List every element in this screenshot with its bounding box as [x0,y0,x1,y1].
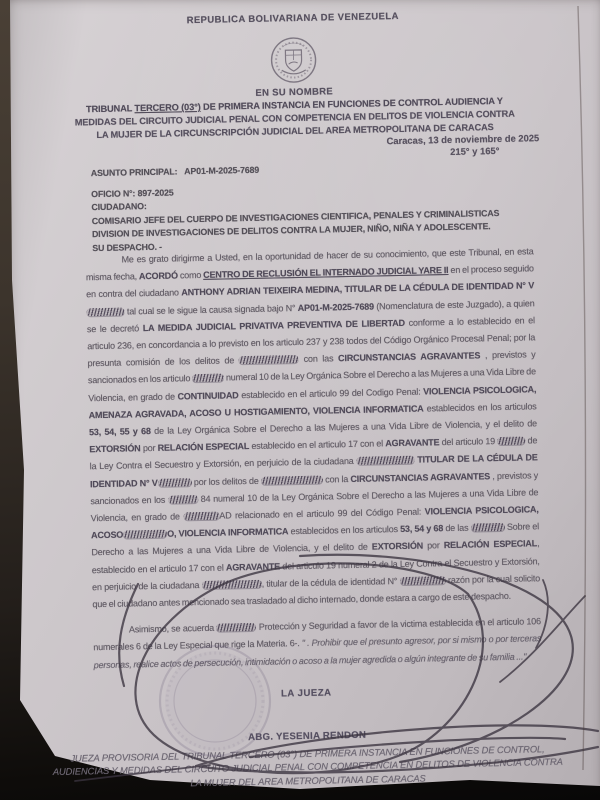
pen-scribble-mark [87,307,125,316]
text-segment: tal cual se le sigue la causa signada ba… [124,303,297,316]
text-segment: por [140,443,157,453]
text-segment: ACORDÓ [139,271,178,282]
text-segment: 53, 54, 55 y 68 [89,426,151,437]
text-segment: establecidos en los articulos [423,401,536,413]
text-segment: por los delitos de [191,475,261,486]
text-segment: CONTINUIDAD [177,390,238,401]
pen-scribble-mark [192,374,224,383]
text-segment: " . Prohibir que el presunto agresor, po… [94,634,542,670]
main-paragraph: Me es grato dirigirme a Usted, en la opo… [85,243,540,613]
text-segment: con las [299,353,338,364]
text-segment: del articulo 19 [439,436,497,447]
text-segment: TERCERO (03°) [134,102,200,113]
text-segment: EXTORSIÓN [372,541,423,552]
text-segment: TRIBUNAL [86,103,135,114]
date-block: Caracas, 13 de noviembre de 2025 215° y … [386,132,539,159]
text-segment: de la Ley Orgánica Sobre el Derecho a la… [151,418,537,436]
pen-scribble-mark [183,512,219,521]
text-segment: de las [443,523,471,534]
republic-title: REPUBLICA BOLIVARIANA DE VENEZUELA [0,7,593,30]
pen-scribble-mark [356,456,414,465]
protection-paragraph: Asimismo, se acuerda Protección y Seguri… [93,613,542,674]
pen-scribble-mark [123,530,167,539]
pen-scribble-mark [202,580,262,589]
text-segment: LA MEDIDA JUDICIAL PRIVATIVA PREVENTIVA … [143,318,405,333]
text-segment: establecido en el articulo 99 del Codigo… [238,386,423,400]
pen-scribble-mark [471,523,505,532]
text-segment: AGRAVANTE [385,437,439,448]
text-segment: CIRCUNSTANCIAS AGRAVANTES [338,351,480,364]
pen-scribble-mark [400,576,446,585]
text-segment: AP01-M-2025-7689 [298,301,374,313]
pen-scribble-mark [168,495,198,504]
asunto-label: ASUNTO PRINCIPAL: [91,166,178,178]
page-content: REPUBLICA BOLIVARIANA DE VENEZUELA EN SU… [0,0,600,800]
judge-title: JUEZA PROVISORIA DEL TRIBUNAL TERCERO (0… [47,742,568,793]
text-segment: como [178,270,204,281]
text-segment: Asimismo, se acuerda [129,623,217,635]
text-segment: establecido en el articulo 17 con el [249,439,385,452]
pen-scribble-mark [216,623,256,632]
text-segment: CIRCUNSTANCIAS AGRAVANTES [350,471,490,484]
text-segment: ANTHONY ADRIAN TEIXEIRA MEDINA, TITULAR … [181,281,534,298]
text-segment: CENTRO DE RECLUSIÓN EL INTERNADO JUDICIA… [203,265,448,280]
text-segment: establecidos en los articulos [288,524,400,536]
photo-background: { "colors": { "paper": "#cdc8cb", "ink":… [0,0,600,800]
text-segment: AD relacionado en el articulo 99 del Cód… [219,507,425,521]
text-segment: , titular de la cédula de identidad N° [262,576,400,589]
text-segment: 53, 54 y 68 [400,523,443,534]
la-jueza-label: LA JUEZA [6,682,600,705]
pen-scribble-mark [497,437,525,446]
text-segment: O, VIOLENCIA INFORMATICA [167,527,288,539]
text-segment: con la [323,474,351,485]
pen-scribble-mark [157,478,191,487]
asunto-value: AP01-M-2025-7689 [184,165,259,177]
pen-scribble-mark [239,355,299,364]
pen-scribble-mark [261,475,323,484]
text-segment: RELACIÓN ESPECIAL [158,441,250,453]
text-segment: AGRAVANTE [226,561,280,572]
text-segment: EXTORSIÓN [89,443,140,454]
letter-body: Me es grato dirigirme a Usted, en la opo… [85,243,541,674]
text-segment: por [423,541,444,551]
text-segment: RELACIÓN ESPECIAL [444,539,537,551]
reference-block: ASUNTO PRINCIPAL: AP01-M-2025-7689 OFICI… [91,159,500,256]
